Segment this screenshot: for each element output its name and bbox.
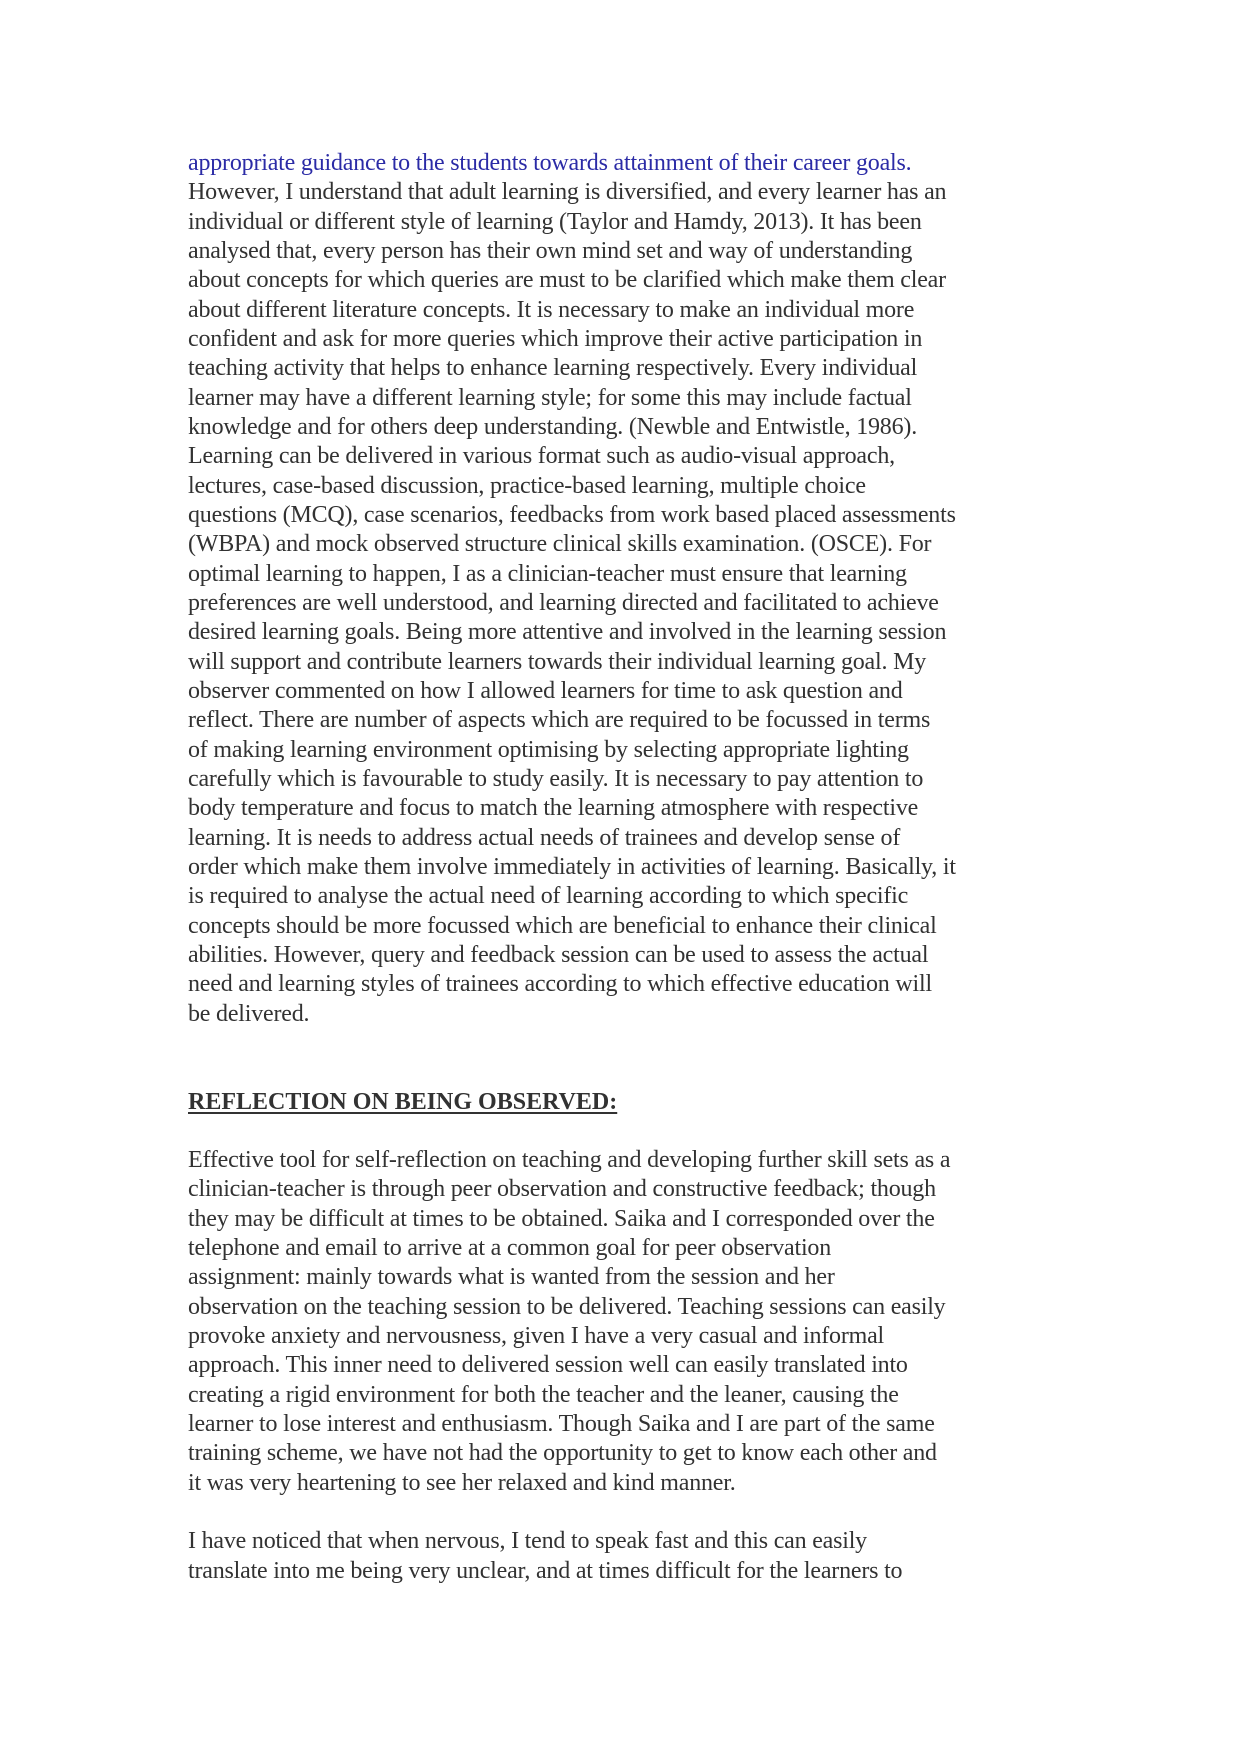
text-line: optimal learning to happen, I as a clini… xyxy=(188,560,1078,589)
text-line: will support and contribute learners tow… xyxy=(188,648,1078,677)
text-line: carefully which is favourable to study e… xyxy=(188,765,1078,794)
text-line: learner may have a different learning st… xyxy=(188,384,1078,413)
text-line: Effective tool for self-reflection on te… xyxy=(188,1146,1078,1175)
text-line: reflect. There are number of aspects whi… xyxy=(188,706,1078,735)
text-line: of making learning environment optimisin… xyxy=(188,736,1078,765)
text-line: However, I understand that adult learnin… xyxy=(188,178,1078,207)
text-line: preferences are well understood, and lea… xyxy=(188,589,1078,618)
text-line: they may be difficult at times to be obt… xyxy=(188,1205,1078,1234)
paragraph-gap xyxy=(188,1029,1078,1088)
text-line: lectures, case-based discussion, practic… xyxy=(188,472,1078,501)
text-line: I have noticed that when nervous, I tend… xyxy=(188,1527,1078,1556)
text-content: appropriate guidance to the students tow… xyxy=(188,149,1078,1586)
text-line: about different literature concepts. It … xyxy=(188,296,1078,325)
text-line: body temperature and focus to match the … xyxy=(188,794,1078,823)
text-line: learning. It is needs to address actual … xyxy=(188,824,1078,853)
text-line: is required to analyse the actual need o… xyxy=(188,882,1078,911)
text-line: Learning can be delivered in various for… xyxy=(188,442,1078,471)
text-line: abilities. However, query and feedback s… xyxy=(188,941,1078,970)
paragraph-3: I have noticed that when nervous, I tend… xyxy=(188,1527,1078,1586)
text-line: training scheme, we have not had the opp… xyxy=(188,1439,1078,1468)
text-line: creating a rigid environment for both th… xyxy=(188,1381,1078,1410)
paragraph-gap xyxy=(188,1498,1078,1527)
opening-line: appropriate guidance to the students tow… xyxy=(188,149,1078,178)
text-line: provoke anxiety and nervousness, given I… xyxy=(188,1322,1078,1351)
text-line: confident and ask for more queries which… xyxy=(188,325,1078,354)
text-line: individual or different style of learnin… xyxy=(188,208,1078,237)
document-page: appropriate guidance to the students tow… xyxy=(0,0,1241,1754)
text-line: (WBPA) and mock observed structure clini… xyxy=(188,530,1078,559)
text-line: translate into me being very unclear, an… xyxy=(188,1557,1078,1586)
text-line: assignment: mainly towards what is wante… xyxy=(188,1263,1078,1292)
text-line: it was very heartening to see her relaxe… xyxy=(188,1469,1078,1498)
section-heading: REFLECTION ON BEING OBSERVED: xyxy=(188,1088,1078,1117)
text-line: be delivered. xyxy=(188,1000,1078,1029)
text-line: approach. This inner need to delivered s… xyxy=(188,1351,1078,1380)
text-line: need and learning styles of trainees acc… xyxy=(188,970,1078,999)
text-line: observation on the teaching session to b… xyxy=(188,1293,1078,1322)
text-line: analysed that, every person has their ow… xyxy=(188,237,1078,266)
text-line: observer commented on how I allowed lear… xyxy=(188,677,1078,706)
text-line: order which make them involve immediatel… xyxy=(188,853,1078,882)
paragraph-2: Effective tool for self-reflection on te… xyxy=(188,1146,1078,1498)
text-line: learner to lose interest and enthusiasm.… xyxy=(188,1410,1078,1439)
paragraph-1: However, I understand that adult learnin… xyxy=(188,178,1078,1029)
text-line: telephone and email to arrive at a commo… xyxy=(188,1234,1078,1263)
text-line: about concepts for which queries are mus… xyxy=(188,266,1078,295)
text-line: knowledge and for others deep understand… xyxy=(188,413,1078,442)
text-line: concepts should be more focussed which a… xyxy=(188,912,1078,941)
text-line: teaching activity that helps to enhance … xyxy=(188,354,1078,383)
text-line: desired learning goals. Being more atten… xyxy=(188,618,1078,647)
text-line: clinician-teacher is through peer observ… xyxy=(188,1175,1078,1204)
text-line: questions (MCQ), case scenarios, feedbac… xyxy=(188,501,1078,530)
paragraph-gap xyxy=(188,1117,1078,1146)
